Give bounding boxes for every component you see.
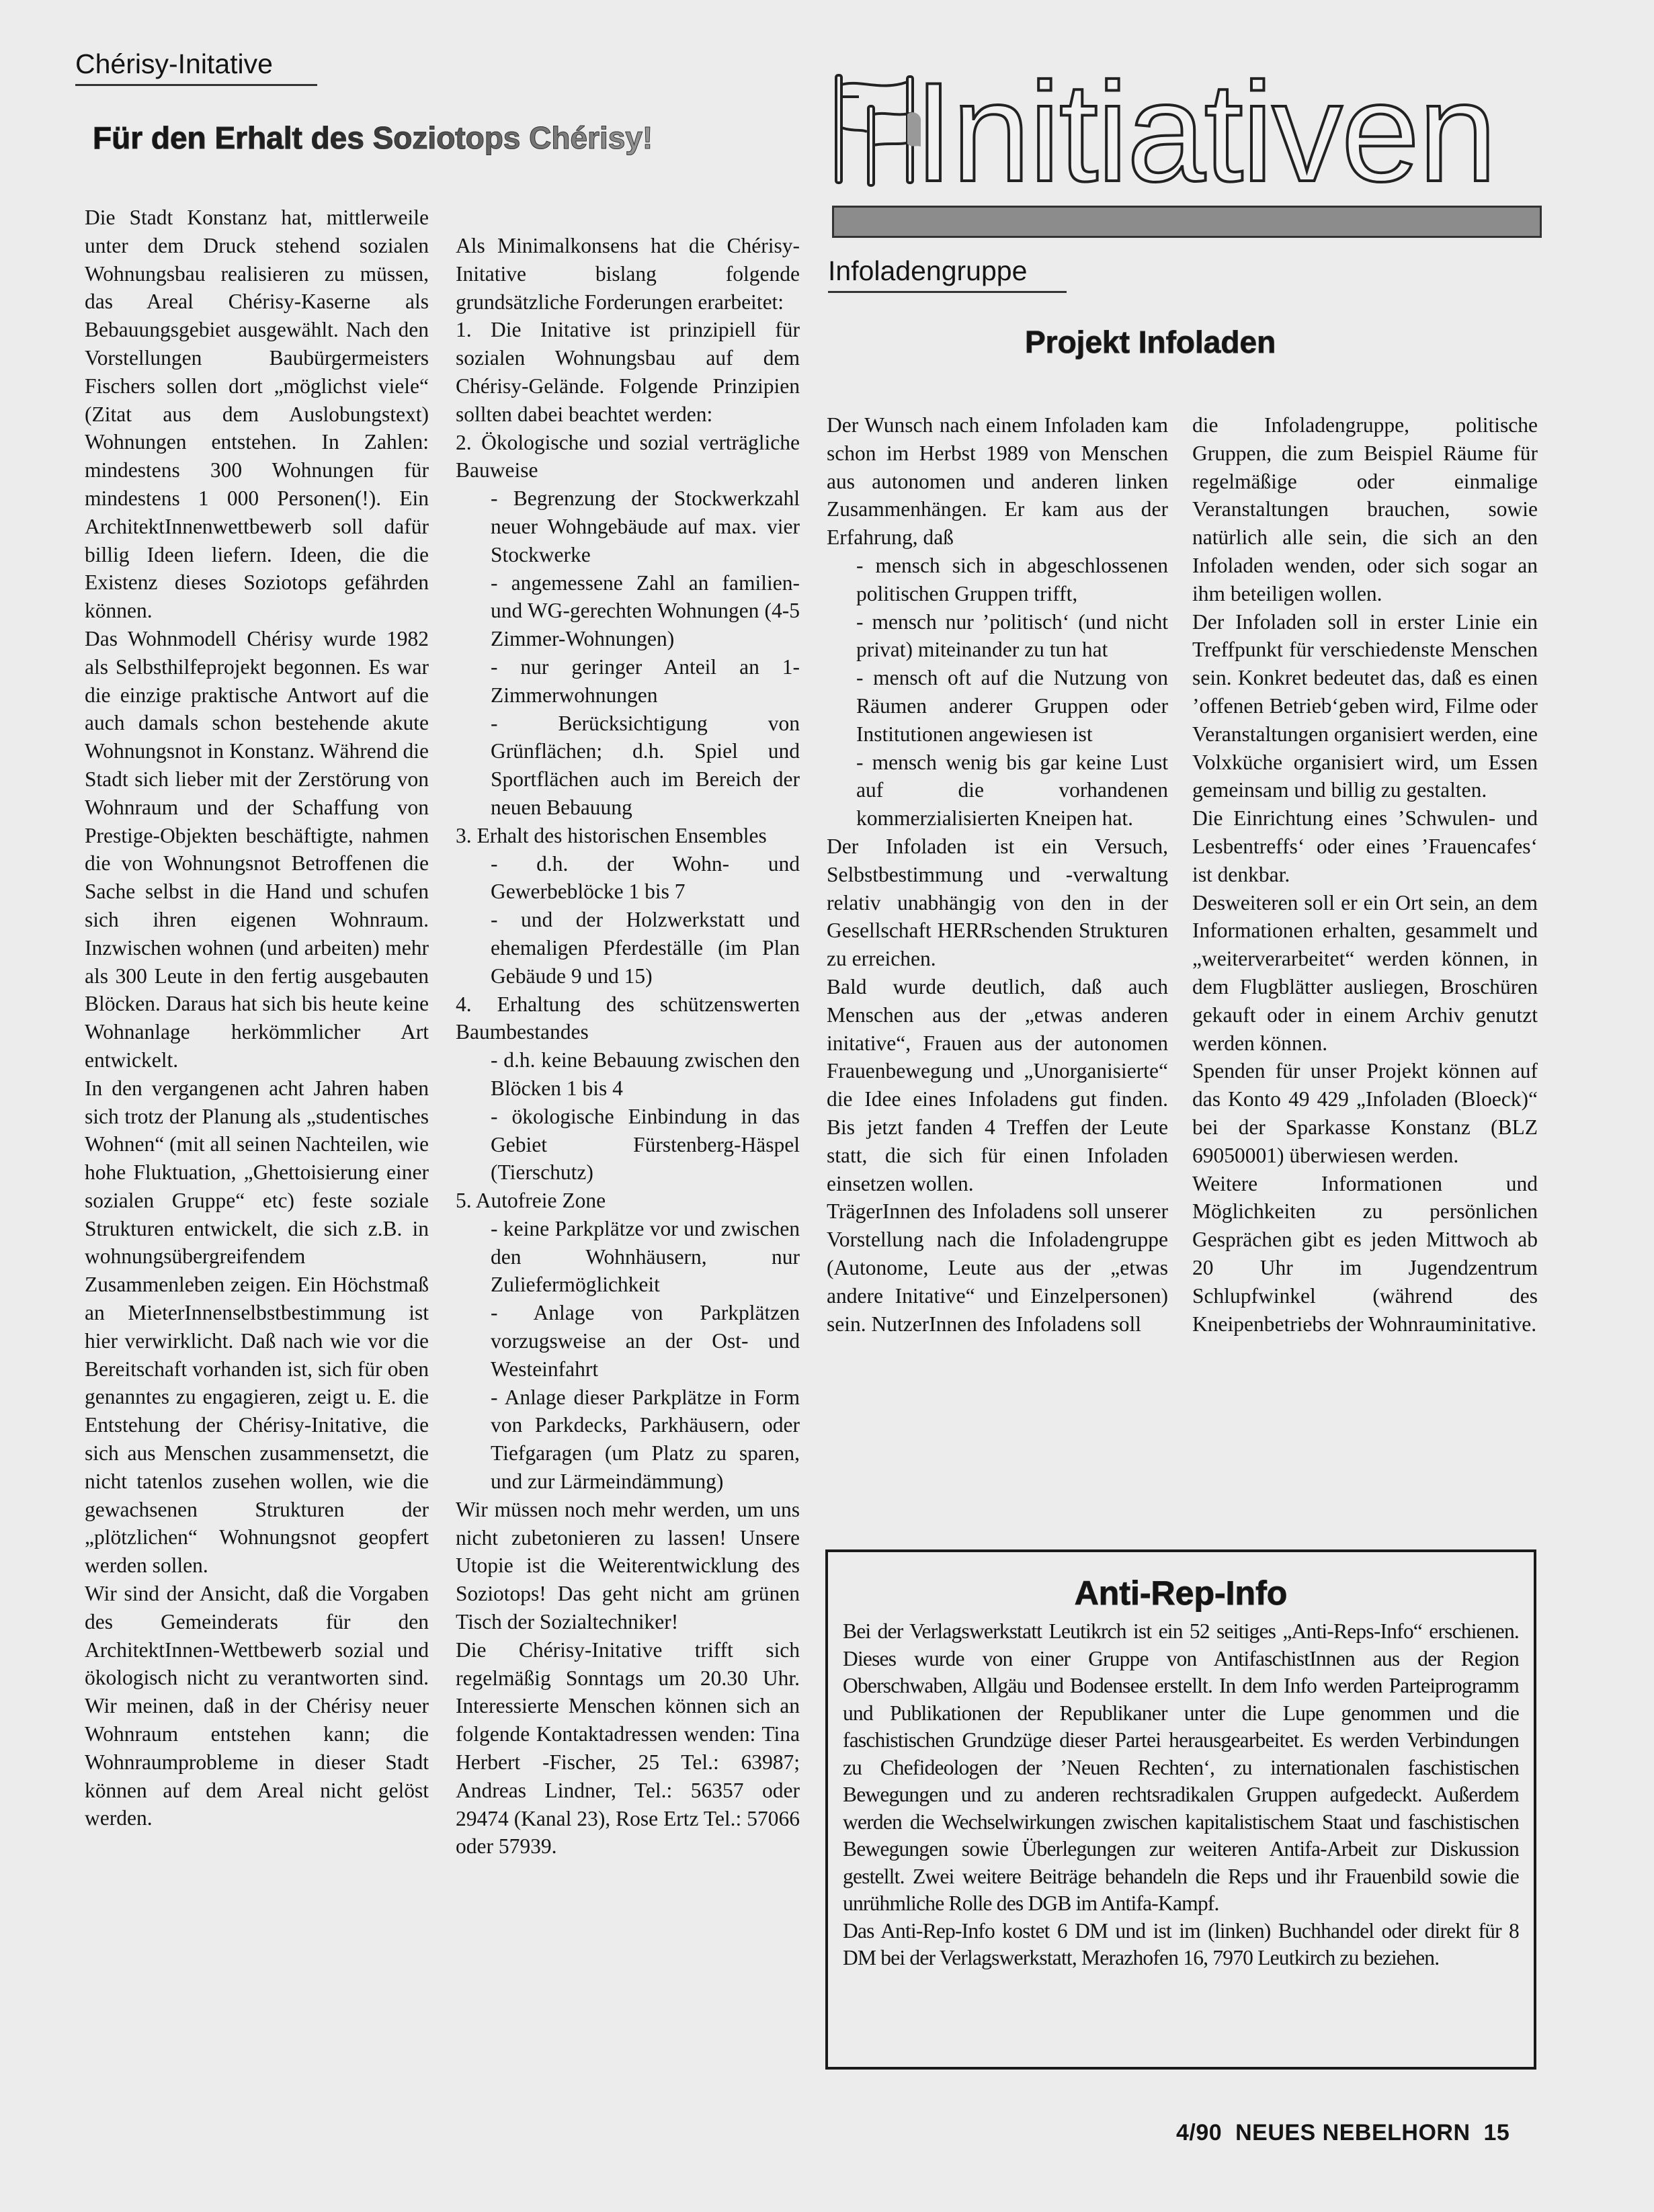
box-title: Anti-Rep-Info — [828, 1574, 1534, 1613]
demand-subitem: - d.h. der Wohn- und Gewerbeblöcke 1 bis… — [456, 850, 800, 906]
demand-item: 5. Autofreie Zone — [456, 1187, 800, 1215]
section-banner: Initiativen — [827, 67, 1539, 242]
paragraph: Das Wohnmodell Chérisy wurde 1982 als Se… — [85, 625, 429, 1074]
demand-subitem: - angemessene Zahl an familien- und WG-g… — [456, 569, 800, 653]
paragraph: Bei der Verlagswerkstatt Leutikrch ist e… — [843, 1618, 1519, 1918]
demand-item: 4. Erhaltung des schützenswerten Baumbes… — [456, 990, 800, 1047]
paragraph: Bald wurde deutlich, daß auch Menschen a… — [827, 973, 1168, 1197]
right-article-kicker: Infoladengruppe — [828, 255, 1067, 293]
paragraph: Der Infoladen ist ein Versuch, Selbstbes… — [827, 833, 1168, 973]
demand-item: 3. Erhalt des historischen Ensembles — [456, 822, 800, 850]
paragraph: In den vergangenen acht Jahren haben sic… — [85, 1074, 429, 1580]
list-item: - mensch sich in abgeschlossenen politis… — [827, 552, 1168, 608]
list-item: - mensch oft auf die Nutzung von Räumen … — [827, 664, 1168, 748]
demand-item: 1. Die Initative ist prinzipiell für soz… — [456, 316, 800, 428]
demand-subitem: - keine Parkplätze vor und zwischen den … — [456, 1215, 800, 1299]
page-footer: 4/90 NEUES NEBELHORN 15 — [1176, 2120, 1510, 2146]
flags-icon — [827, 73, 921, 187]
demand-subitem: - ökologische Einbindung in das Gebiet F… — [456, 1103, 800, 1187]
demand-subitem: - Anlage von Parkplätzen vorzugsweise an… — [456, 1299, 800, 1383]
paragraph: TrägerInnen des Infoladens soll unserer … — [827, 1197, 1168, 1338]
right-article-headline: Projekt Infoladen — [1025, 324, 1276, 360]
section-title: Initiativen — [914, 62, 1495, 203]
publication-name: NEUES NEBELHORN — [1235, 2120, 1470, 2145]
left-article-column-1: Die Stadt Konstanz hat, mittlerweile unt… — [85, 204, 429, 1832]
demand-subitem: - Begrenzung der Stockwerkzahl neuer Woh… — [456, 484, 800, 568]
right-article-column-2: die Infoladengruppe, politische Gruppen,… — [1192, 411, 1538, 1338]
paragraph: Wir müssen noch mehr werden, um uns nich… — [456, 1496, 800, 1636]
demand-subitem: - d.h. keine Bebauung zwischen den Blöck… — [456, 1046, 800, 1103]
paragraph: Das Anti-Rep-Info kostet 6 DM und ist im… — [843, 1918, 1519, 1972]
paragraph: Der Infoladen soll in erster Linie ein T… — [1192, 608, 1538, 805]
paragraph: Desweiteren soll er ein Ort sein, an dem… — [1192, 889, 1538, 1058]
list-item: - mensch nur ’politisch‘ (und nicht priv… — [827, 608, 1168, 665]
left-article-kicker: Chérisy-Initative — [75, 48, 317, 86]
anti-rep-info-box: Anti-Rep-Info Bei der Verlagswerkstatt L… — [825, 1549, 1536, 2070]
issue-number: 4/90 — [1176, 2120, 1222, 2145]
left-article-column-2: Als Minimalkonsens hat die Chérisy-Inita… — [456, 232, 800, 1861]
left-article-headline: Für den Erhalt des Soziotops Chérisy! — [93, 120, 653, 156]
demand-subitem: - Berücksichtigung von Grünflächen; d.h.… — [456, 710, 800, 822]
section-divider-bar — [832, 206, 1542, 238]
paragraph: die Infoladengruppe, politische Gruppen,… — [1192, 411, 1538, 608]
paragraph: Als Minimalkonsens hat die Chérisy-Inita… — [456, 232, 800, 316]
paragraph: Der Wunsch nach einem Infoladen kam scho… — [827, 411, 1168, 552]
box-body: Bei der Verlagswerkstatt Leutikrch ist e… — [843, 1618, 1519, 1972]
right-article-column-1: Der Wunsch nach einem Infoladen kam scho… — [827, 411, 1168, 1338]
page-number: 15 — [1483, 2120, 1510, 2145]
demand-subitem: - und der Holzwerkstatt und ehemaligen P… — [456, 906, 800, 990]
demand-subitem: - nur geringer Anteil an 1-Zimmerwohnung… — [456, 653, 800, 710]
paragraph: Die Stadt Konstanz hat, mittlerweile unt… — [85, 204, 429, 625]
demand-subitem: - Anlage dieser Parkplätze in Form von P… — [456, 1384, 800, 1496]
paragraph: Die Einrichtung eines ’Schwulen- und Les… — [1192, 804, 1538, 888]
paragraph: Spenden für unser Projekt können auf das… — [1192, 1057, 1538, 1169]
list-item: - mensch wenig bis gar keine Lust auf di… — [827, 749, 1168, 833]
paragraph: Wir sind der Ansicht, daß die Vorgaben d… — [85, 1580, 429, 1832]
demand-item: 2. Ökologische und sozial verträgliche B… — [456, 429, 800, 485]
paragraph: Weitere Informationen und Möglichkeiten … — [1192, 1170, 1538, 1338]
paragraph: Die Chérisy-Initative trifft sich regelm… — [456, 1636, 800, 1861]
